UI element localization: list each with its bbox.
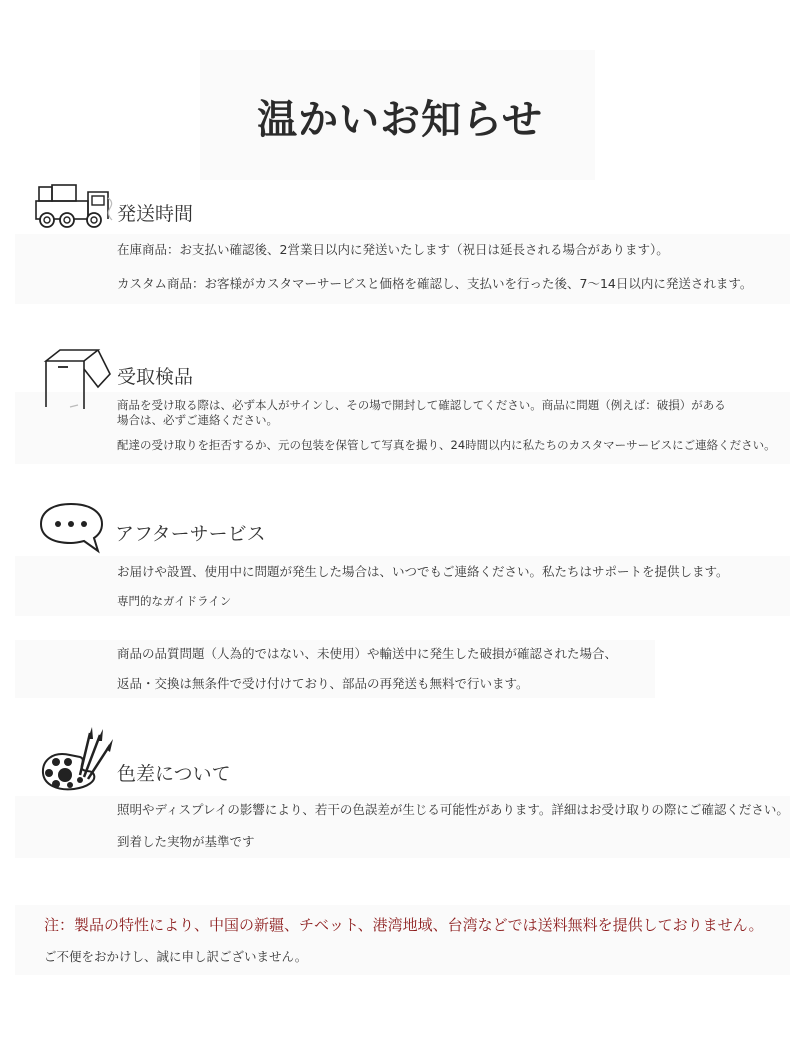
shipping-line-1: 在庫商品：お支払い確認後、2営業日以内に発送いたします（祝日は延長される場合があ… bbox=[117, 242, 669, 258]
page-title: 温かいお知らせ bbox=[0, 88, 790, 145]
section-heading-aftersales: アフターサービス bbox=[115, 519, 266, 546]
color-line-1: 照明やディスプレイの影響により、若干の色誤差が生じる可能性があります。詳細はお受… bbox=[117, 802, 789, 818]
aftersales-line-1: お届けや設置、使用中に問題が発生した場合は、いつでもご連絡ください。私たちはサポ… bbox=[117, 564, 729, 580]
section-heading-shipping: 発送時間 bbox=[117, 199, 193, 226]
shipping-exclusion-note: 注：製品の特性により、中国の新疆、チベット、港湾地域、台湾などでは送料無料を提供… bbox=[44, 914, 764, 935]
apology-note: ご不便をおかけし、誠に申し訳ございません。 bbox=[44, 947, 307, 965]
inspection-line-3: 配達の受け取りを拒否するか、元の包装を保管して写真を撮り、24時間以内に私たちの… bbox=[117, 437, 776, 453]
package-box-icon bbox=[40, 347, 114, 417]
aftersales-line-2: 専門的なガイドライン bbox=[117, 593, 231, 609]
inspection-line-2: 場合は、必ずご連絡ください。 bbox=[117, 412, 278, 428]
section-heading-inspection: 受取検品 bbox=[117, 362, 193, 389]
truck-icon bbox=[34, 184, 118, 230]
paint-palette-icon bbox=[40, 725, 116, 795]
color-line-2: 到着した実物が基準です bbox=[117, 834, 255, 850]
inspection-line-1: 商品を受け取る際は、必ず本人がサインし、その場で開封して確認してください。商品に… bbox=[117, 397, 726, 413]
speech-bubble-icon bbox=[38, 500, 104, 554]
aftersales-line-4: 返品・交換は無条件で受け付けており、部品の再発送も無料で行います。 bbox=[117, 676, 529, 692]
notice-page: 温かいお知らせ 発送時間 在庫商品：お支払い確認後、2営業日以内に発送いたします… bbox=[0, 0, 790, 1048]
aftersales-line-3: 商品の品質問題（人為的ではない、未使用）や輸送中に発生した破損が確認された場合、 bbox=[117, 646, 617, 662]
section-heading-color: 色差について bbox=[117, 759, 231, 786]
shipping-line-2: カスタム商品：お客様がカスタマーサービスと価格を確認し、支払いを行った後、7〜1… bbox=[117, 276, 752, 292]
